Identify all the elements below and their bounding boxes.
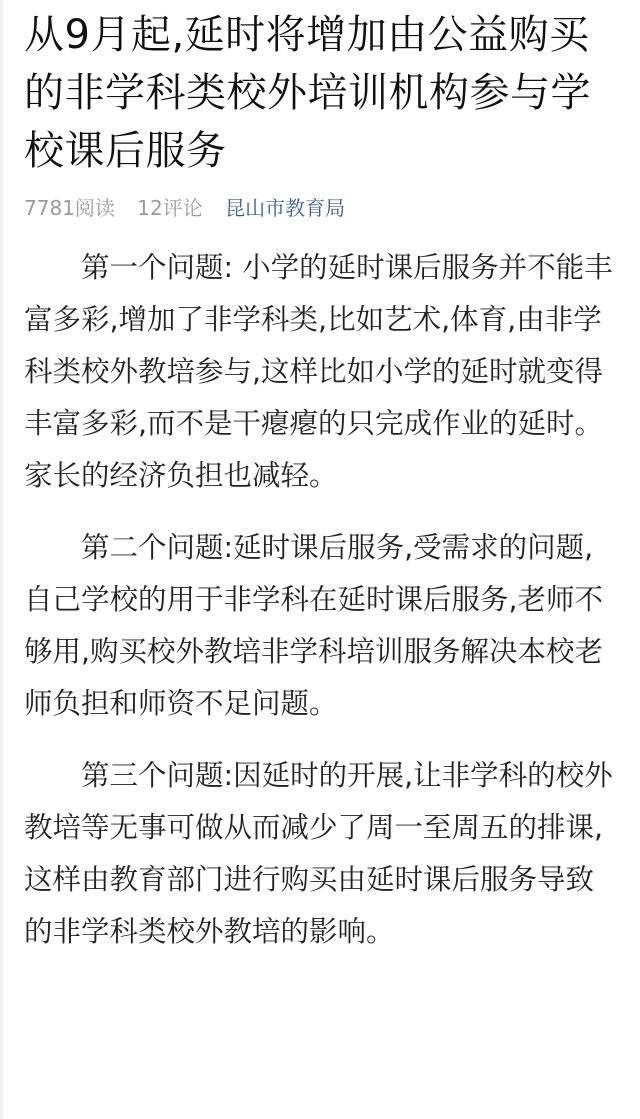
- paragraph-2: 第二个问题:延时课后服务,受需求的问题,自己学校的用于非学科在延时课后服务,老师…: [24, 522, 618, 730]
- left-edge-divider: [0, 0, 3, 1119]
- comment-count[interactable]: 12评论: [137, 196, 202, 220]
- source-link[interactable]: 昆山市教育局: [225, 196, 345, 220]
- read-count: 7781阅读: [24, 196, 115, 220]
- paragraph-3: 第三个问题:因延时的开展,让非学科的校外教培等无事可做从而减少了周一至周五的排课…: [24, 750, 618, 958]
- article-meta: 7781阅读 12评论 昆山市教育局: [24, 188, 618, 228]
- article-title: 从9月起,延时将增加由公益购买的非学科类校外培训机构参与学校课后服务: [24, 0, 618, 180]
- paragraph-1: 第一个问题: 小学的延时课后服务并不能丰富多彩,增加了非学科类,比如艺术,体育,…: [24, 242, 618, 502]
- article: 从9月起,延时将增加由公益购买的非学科类校外培训机构参与学校课后服务 7781阅…: [0, 0, 640, 958]
